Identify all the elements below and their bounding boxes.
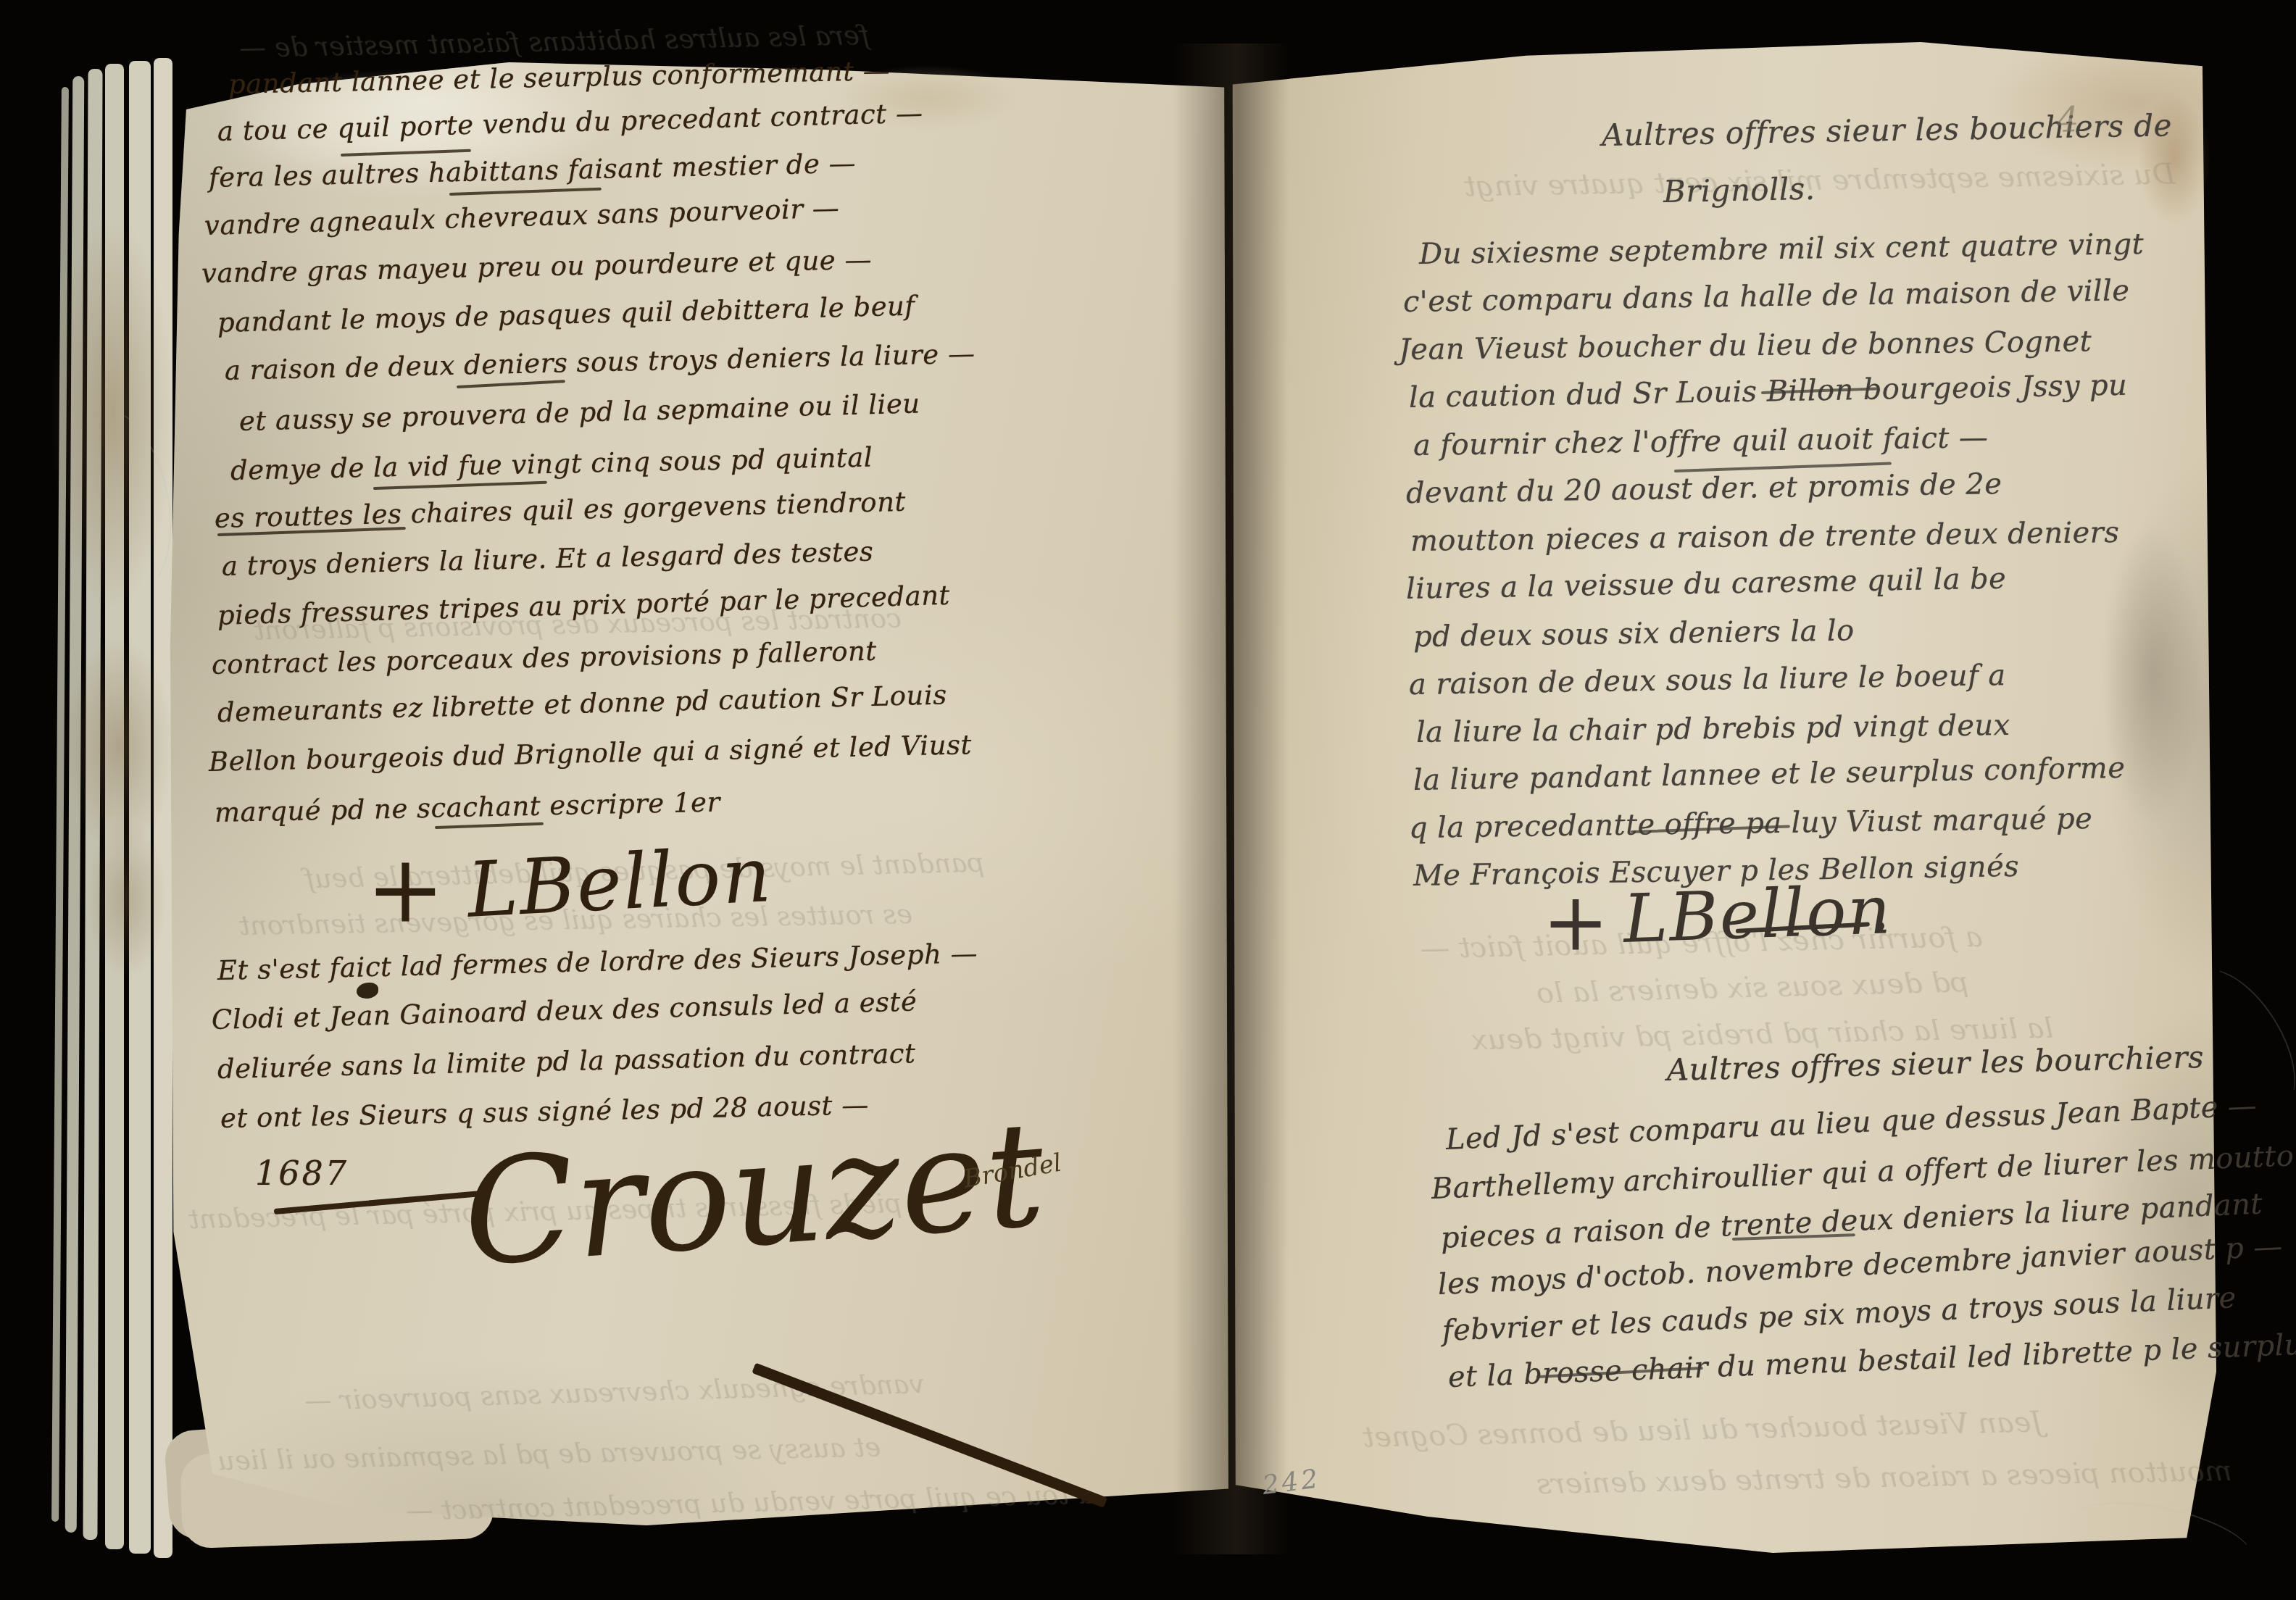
date: 1687 — [255, 1154, 349, 1193]
bleedthrough-text: fera les aultres habittans faisant mesti… — [239, 20, 870, 64]
manuscript-photo: fera les aultres habittans faisant mesti… — [0, 0, 2296, 1600]
page-edge-stack — [65, 76, 85, 1533]
page-edge-stack — [83, 69, 102, 1540]
left-page — [170, 58, 1228, 1525]
witness-cross-mark: + — [366, 833, 445, 943]
right-page — [1231, 42, 2216, 1553]
page-edge-stack — [105, 64, 124, 1549]
page-edge-stack — [129, 61, 151, 1554]
witness-cross-mark: + — [1542, 875, 1609, 968]
witness-signature: LBellon — [465, 830, 775, 935]
page-edge-stack — [154, 58, 172, 1558]
witness-signature: LBellon — [1622, 871, 1893, 958]
book-gutter — [1173, 43, 1289, 1554]
section-heading: Brignolls. — [1663, 171, 1815, 209]
folio-number: 4 — [2056, 99, 2079, 141]
